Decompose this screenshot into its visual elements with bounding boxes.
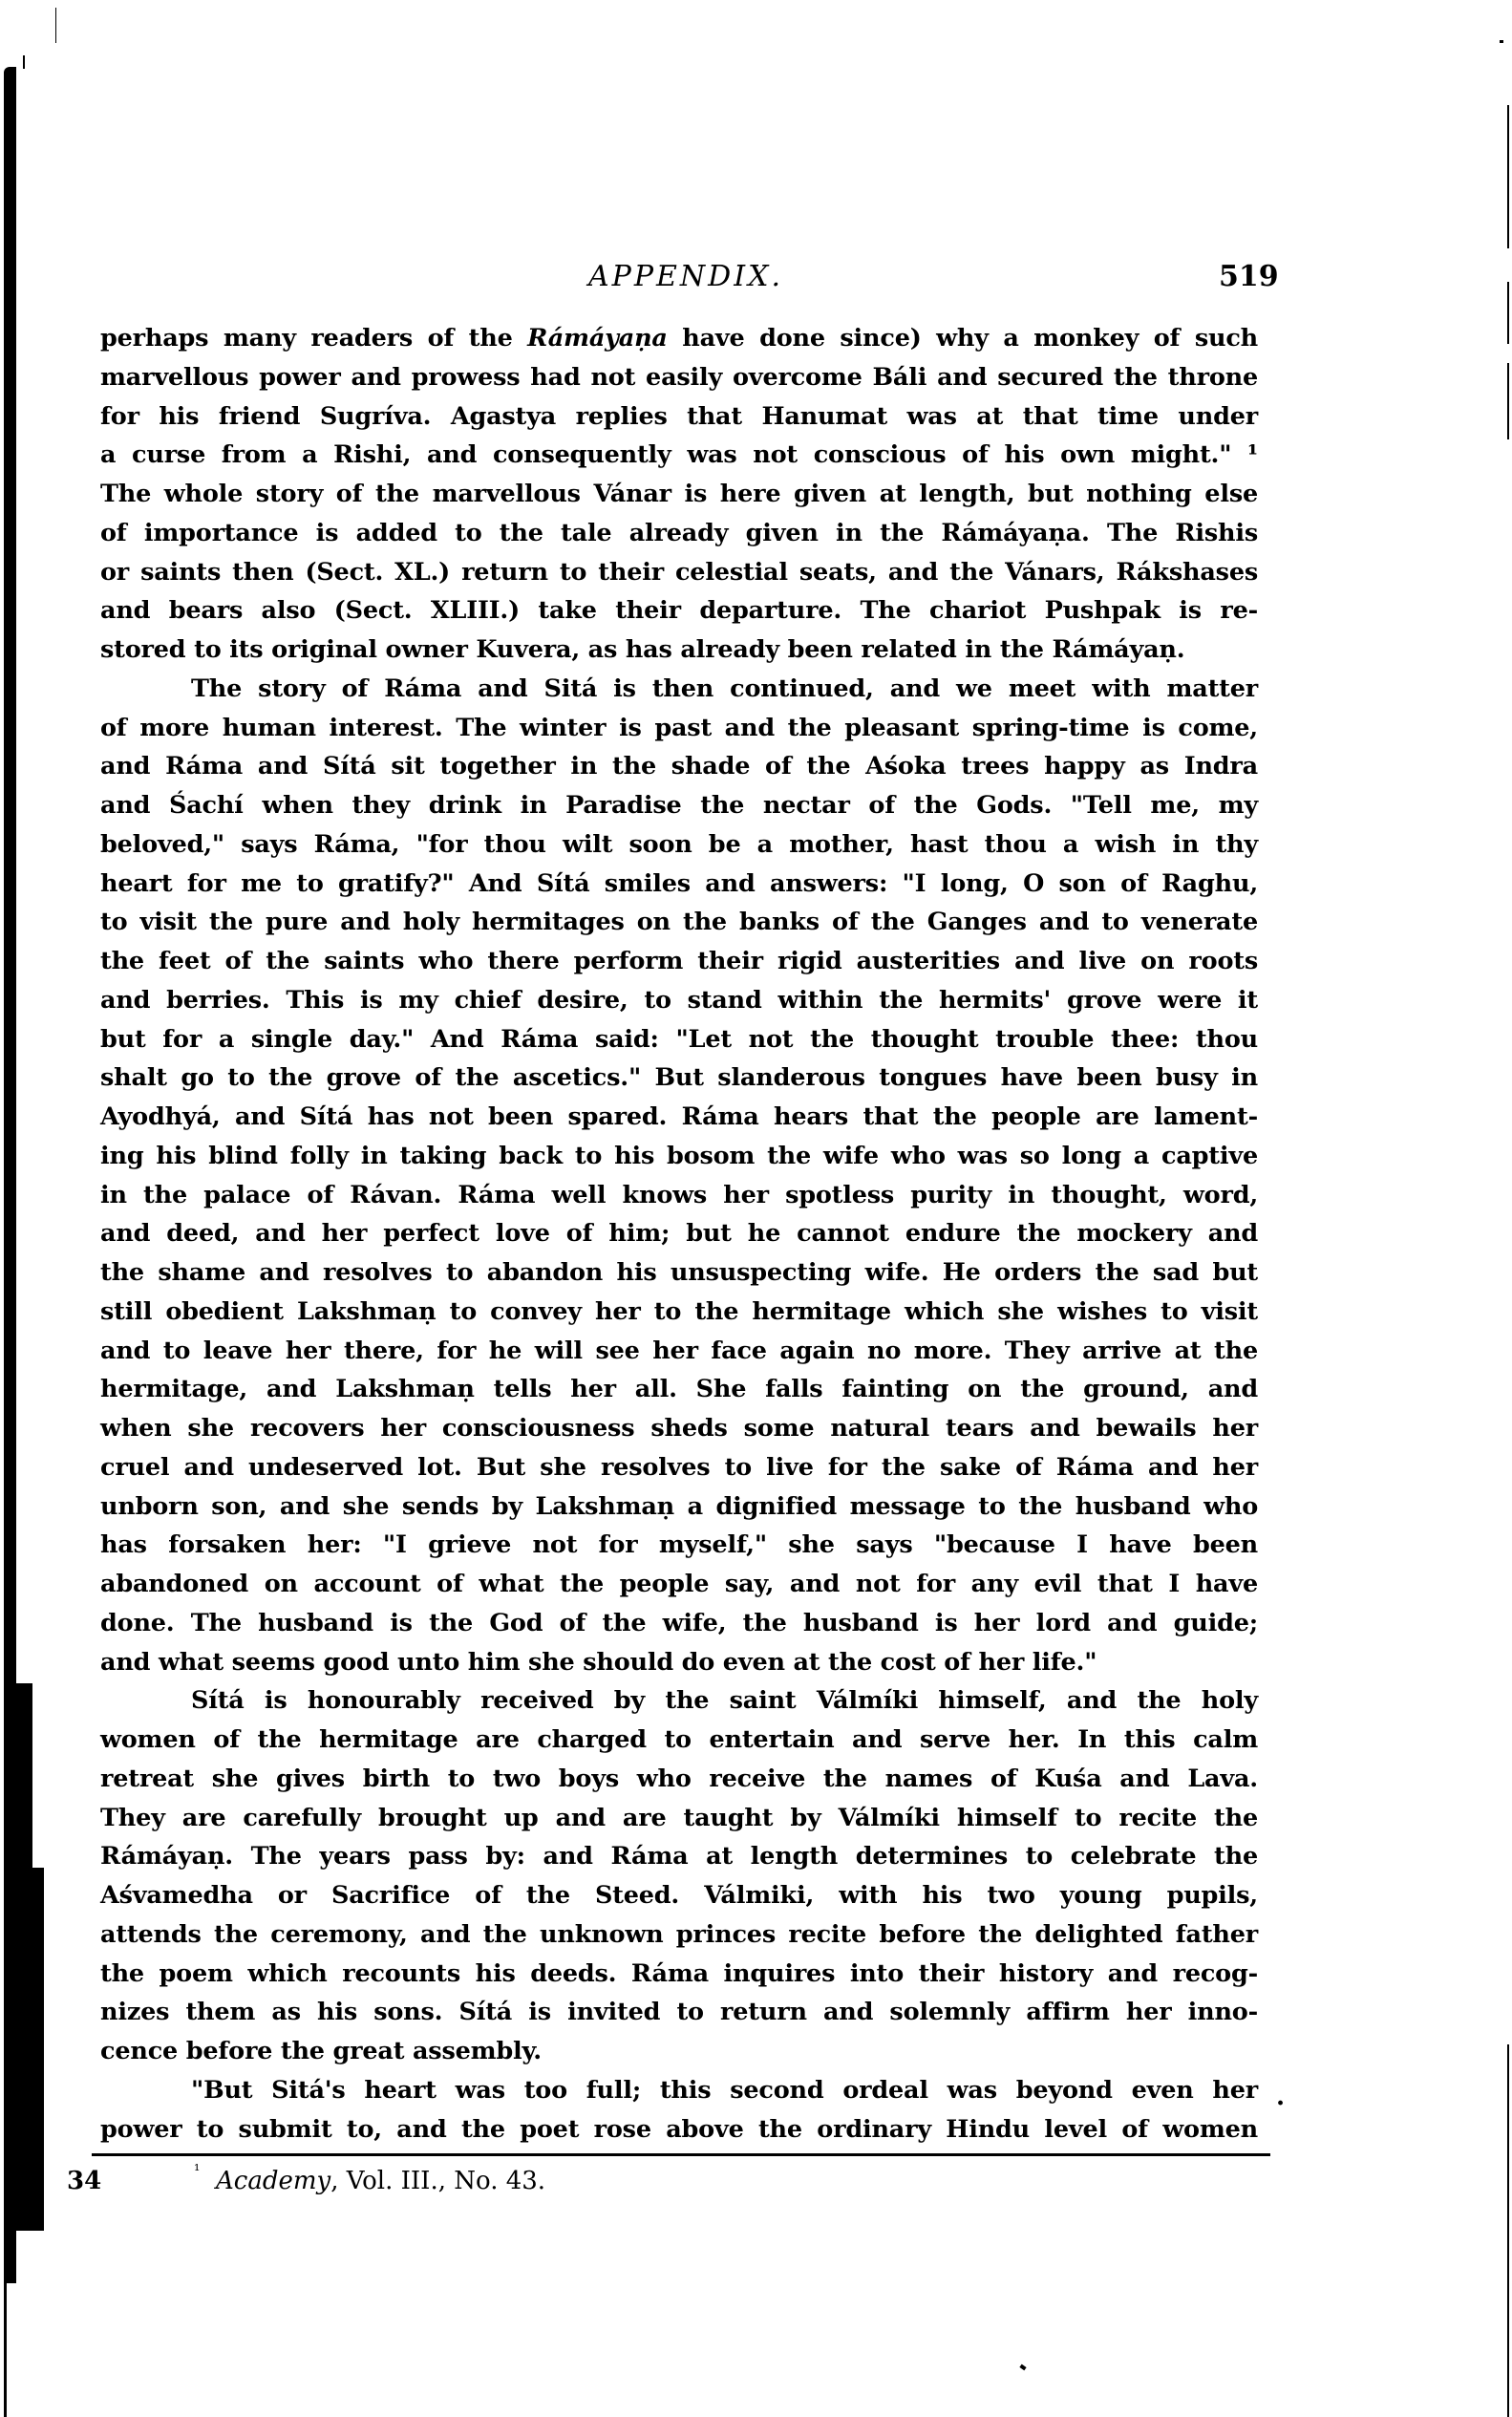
book-page: APPENDIX. 519 perhaps many readers of th… (0, 0, 1512, 2417)
italic-title: Rámáyaṇa (527, 324, 668, 353)
text-line: Aśvamedha or Sacrifice of the Steed. Vál… (100, 1876, 1258, 1915)
scan-mark-top-small (23, 55, 25, 69)
text-line: shalt go to the grove of the ascetics." … (100, 1059, 1258, 1098)
text-line: the poem which recounts his deeds. Ráma … (100, 1955, 1258, 1994)
scan-edge-right-3 (1507, 363, 1509, 439)
text-line: Sítá is honourably received by the saint… (100, 1681, 1258, 1721)
text-line: but for a single day." And Ráma said: "L… (100, 1020, 1258, 1059)
text-line: attends the ceremony, and the unknown pr… (100, 1915, 1258, 1955)
text-line: and Ráma and Sítá sit together in the sh… (100, 747, 1258, 786)
text-line: power to submit to, and the poet rose ab… (100, 2110, 1258, 2150)
text-line: retreat she gives birth to two boys who … (100, 1760, 1258, 1799)
text-line: and bears also (Sect. XLIII.) take their… (100, 591, 1258, 631)
signature-mark: 34 (67, 2167, 101, 2195)
text-line: in the palace of Rávan. Ráma well knows … (100, 1176, 1258, 1215)
text-line: perhaps many readers of the Rámáyaṇa hav… (100, 319, 1258, 358)
text-line: of more human interest. The winter is pa… (100, 709, 1258, 748)
text-line: hermitage, and Lakshmaṇ tells her all. S… (100, 1370, 1258, 1409)
text-line: and berries. This is my chief desire, to… (100, 981, 1258, 1020)
text-line: abandoned on account of what the people … (100, 1565, 1258, 1604)
footnote-citation: , Vol. III., No. 43. (330, 2167, 545, 2195)
text-line: the feet of the saints who there perform… (100, 942, 1258, 981)
text-line: the shame and resolves to abandon his un… (100, 1253, 1258, 1293)
text-line: a curse from a Rishi, and consequently w… (100, 436, 1258, 475)
text-line: cence before the great assembly. (100, 2032, 1258, 2071)
text-line: for his friend Sugríva. Agastya replies … (100, 397, 1258, 437)
text-line: Ayodhyá, and Sítá has not been spared. R… (100, 1098, 1258, 1137)
footnote-rule (92, 2153, 1270, 2156)
footnote-source: Academy (216, 2167, 330, 2195)
scan-dot (1500, 40, 1503, 43)
text-line: The whole story of the marvellous Vánar … (100, 475, 1258, 514)
text-line: or saints then (Sect. XL.) return to the… (100, 553, 1258, 592)
text-line: beloved," says Ráma, "for thou wilt soon… (100, 825, 1258, 865)
text-line: marvellous power and prowess had not eas… (100, 358, 1258, 397)
text-line: Rámáyaṇ. The years pass by: and Ráma at … (100, 1837, 1258, 1876)
text-line: heart for me to gratify?" And Sítá smile… (100, 865, 1258, 904)
text-line: nizes them as his sons. Sítá is invited … (100, 1993, 1258, 2032)
page-number: 519 (1219, 260, 1279, 293)
text-line: women of the hermitage are charged to en… (100, 1721, 1258, 1760)
scan-edge-right-4 (1507, 2044, 1509, 2417)
footnote: 34 ¹ Academy, Vol. III., No. 43. (0, 2167, 1512, 2201)
running-head: APPENDIX. 519 (0, 260, 1512, 298)
text-line: done. The husband is the God of the wife… (100, 1604, 1258, 1643)
text-line: ing his blind folly in taking back to hi… (100, 1137, 1258, 1176)
text-line: and deed, and her perfect love of him; b… (100, 1214, 1258, 1253)
text-line: and to leave her there, for he will see … (100, 1332, 1258, 1371)
text-line: cruel and undeserved lot. But she resolv… (100, 1448, 1258, 1487)
text-line: The story of Ráma and Sitá is then conti… (100, 670, 1258, 709)
text-line: has forsaken her: "I grieve not for myse… (100, 1526, 1258, 1565)
text-line: "But Sitá's heart was too full; this sec… (100, 2071, 1258, 2110)
scan-speck (1019, 2364, 1026, 2371)
text-line: when she recovers her consciousness shed… (100, 1409, 1258, 1448)
footnote-marker: ¹ (194, 2161, 200, 2179)
text-line: unborn son, and she sends by Lakshmaṇ a … (100, 1487, 1258, 1527)
text-line: to visit the pure and holy hermitages on… (100, 903, 1258, 942)
text-line: They are carefully brought up and are ta… (100, 1799, 1258, 1838)
scan-mark-top (55, 8, 56, 43)
body-text: perhaps many readers of the Rámáyaṇa hav… (100, 319, 1258, 2149)
text-line: and what seems good unto him she should … (100, 1643, 1258, 1682)
scan-edge-right (1507, 105, 1509, 248)
running-head-title: APPENDIX. (588, 260, 783, 293)
text-line: stored to its original owner Kuvera, as … (100, 631, 1258, 670)
text-line: and Śachí when they drink in Paradise th… (100, 786, 1258, 825)
text-line: of importance is added to the tale alrea… (100, 514, 1258, 553)
stray-period-mark: . (1276, 2083, 1285, 2111)
text-line: still obedient Lakshmaṇ to convey her to… (100, 1293, 1258, 1332)
scan-edge-left-thin (4, 2235, 7, 2417)
footnote-text: Academy, Vol. III., No. 43. (216, 2167, 545, 2195)
